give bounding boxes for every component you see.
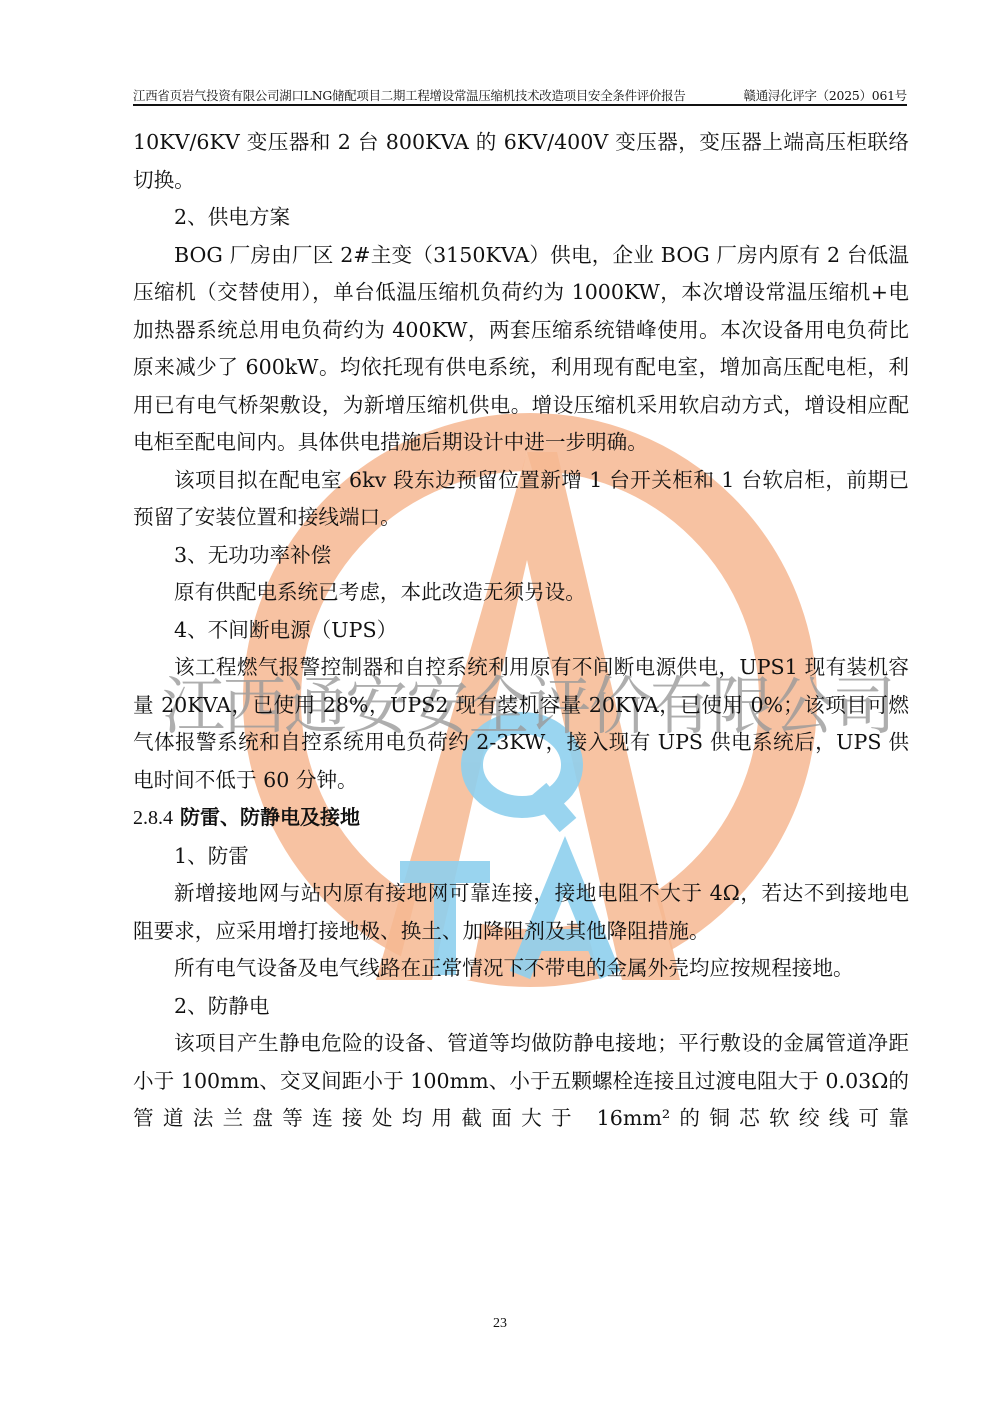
- subheading: 2、防静电: [133, 988, 909, 1026]
- subheading: 1、防雷: [133, 838, 909, 876]
- section-number: 2.8.4: [133, 807, 173, 829]
- subheading: 4、不间断电源（UPS）: [133, 612, 909, 650]
- paragraph: 所有电气设备及电气线路在正常情况下不带电的金属外壳均应按规程接地。: [133, 950, 909, 988]
- paragraph: 新增接地网与站内原有接地网可靠连接，接地电阻不大于 4Ω，若达不到接地电阻要求，…: [133, 875, 909, 950]
- paragraph: 原有供配电系统已考虑，本此改造无须另设。: [133, 574, 909, 612]
- paragraph: 该项目产生静电危险的设备、管道等均做防静电接地；平行敷设的金属管道净距小于 10…: [133, 1025, 909, 1138]
- paragraph: 该项目拟在配电室 6kv 段东边预留位置新增 1 台开关柜和 1 台软启柜，前期…: [133, 462, 909, 537]
- page-number: 23: [0, 1316, 1000, 1332]
- subheading: 2、供电方案: [133, 199, 909, 237]
- paragraph: BOG 厂房由厂区 2#主变（3150KVA）供电，企业 BOG 厂房内原有 2…: [133, 237, 909, 462]
- document-number: 赣通浔化评字（2025）061号: [744, 86, 908, 104]
- section-title: 防雷、防静电及接地: [180, 805, 360, 829]
- section-heading: 2.8.4 防雷、防静电及接地: [133, 799, 909, 838]
- document-page: 江西通安安全评价有限公司 江西省页岩气投资有限公司湖口LNG储配项目二期工程增设…: [0, 0, 1000, 1414]
- paragraph: 该工程燃气报警控制器和自控系统利用原有不间断电源供电，UPS1 现有装机容量 2…: [133, 649, 909, 799]
- page-header: 江西省页岩气投资有限公司湖口LNG储配项目二期工程增设常温压缩机技术改造项目安全…: [133, 82, 907, 106]
- paragraph: 10KV/6KV 变压器和 2 台 800KVA 的 6KV/400V 变压器，…: [133, 124, 909, 199]
- report-title: 江西省页岩气投资有限公司湖口LNG储配项目二期工程增设常温压缩机技术改造项目安全…: [133, 86, 686, 104]
- subheading: 3、无功功率补偿: [133, 537, 909, 575]
- document-body: 10KV/6KV 变压器和 2 台 800KVA 的 6KV/400V 变压器，…: [133, 124, 909, 1138]
